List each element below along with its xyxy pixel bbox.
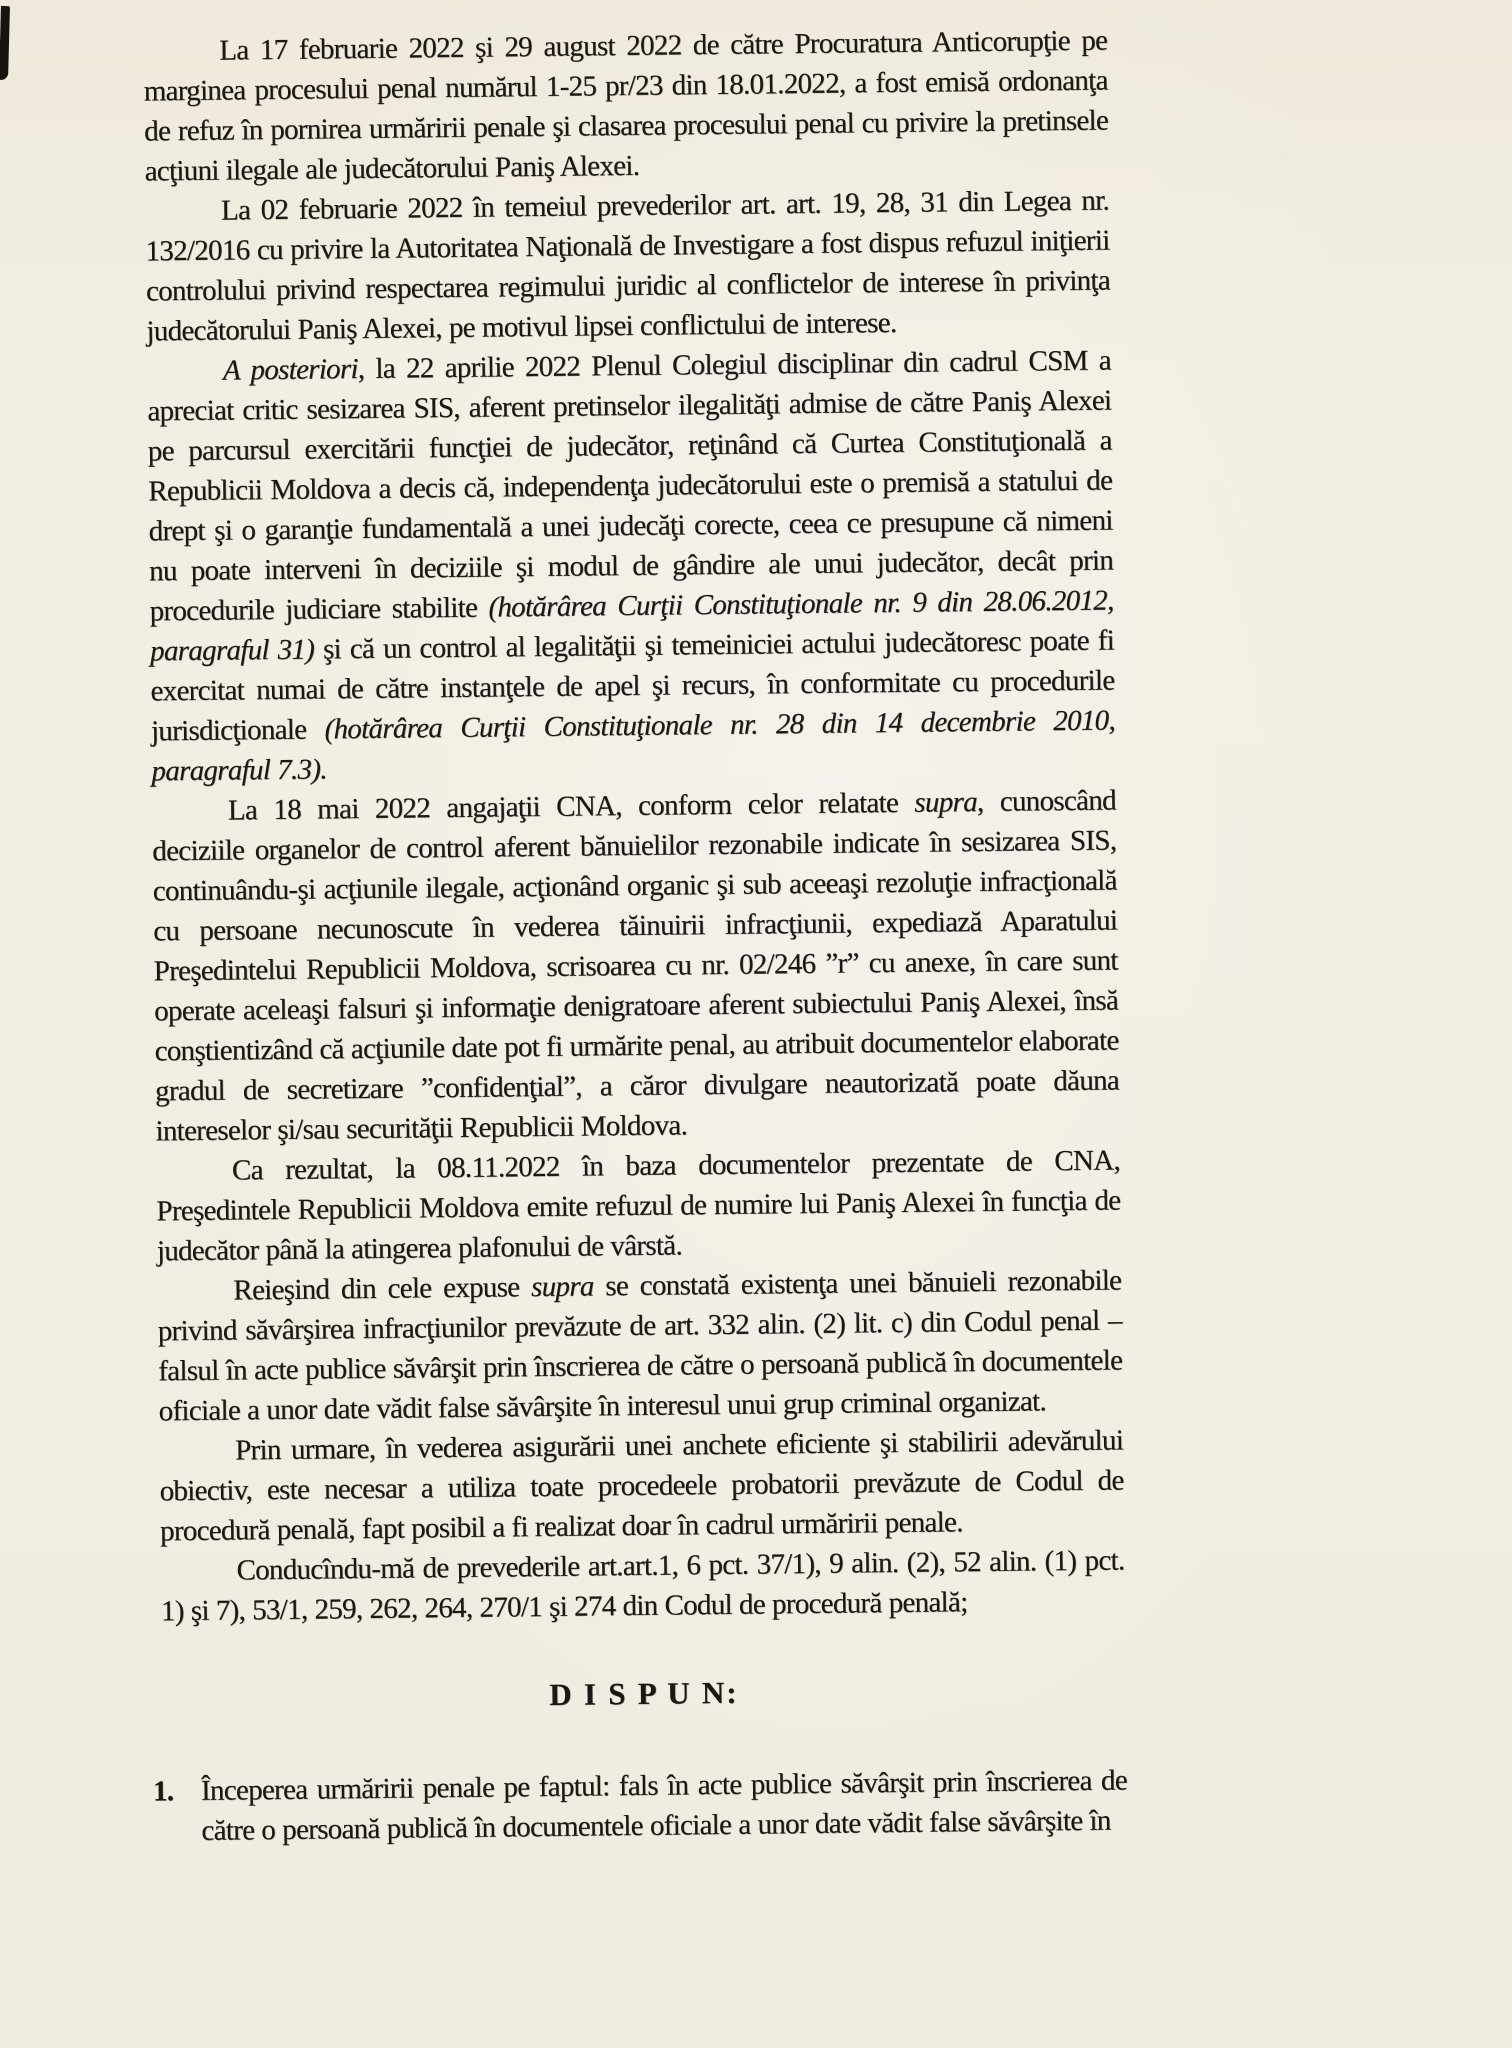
- text-run: Începerea urmăririi penale pe faptul: fa…: [201, 1764, 1127, 1847]
- text-run: supra: [914, 786, 977, 819]
- document-paragraphs: La 17 februarie 2022 şi 29 august 2022 d…: [143, 21, 1125, 1632]
- text-run: supra: [531, 1270, 594, 1303]
- text-run: La 17 februarie 2022 şi 29 august 2022 d…: [144, 25, 1109, 188]
- dispun-heading: D I S P U N:: [162, 1668, 1126, 1719]
- paragraph: Conducîndu-mă de prevederile art.art.1, …: [160, 1540, 1125, 1631]
- list-item: 1.Începerea urmăririi penale pe faptul: …: [147, 1760, 1128, 1851]
- text-run: Reieşind din cele expuse: [233, 1271, 531, 1306]
- paragraph: La 18 mai 2022 angajaţii CNA, conform ce…: [152, 780, 1120, 1151]
- text-run: La 18 mai 2022 angajaţii CNA, conform ce…: [228, 787, 915, 827]
- text-run: , la 22 aprilie 2022 Plenul Colegiul dis…: [147, 345, 1113, 628]
- ordered-list: 1.Începerea urmăririi penale pe faptul: …: [163, 1760, 1128, 1851]
- scanned-document-page: La 17 februarie 2022 şi 29 august 2022 d…: [0, 0, 1512, 2048]
- text-run: Prin urmare, în vederea asigurării unei …: [159, 1424, 1123, 1547]
- document-text: La 17 februarie 2022 şi 29 august 2022 d…: [143, 21, 1128, 1852]
- paragraph: A posteriori, la 22 aprilie 2022 Plenul …: [147, 341, 1116, 792]
- text-run: , cunoscând deciziile organelor de contr…: [152, 784, 1119, 1147]
- list-item-number: 1.: [153, 1771, 174, 1811]
- text-run: Conducîndu-mă de prevederile art.art.1, …: [161, 1544, 1125, 1627]
- paragraph: Reieşind din cele expuse supra se consta…: [157, 1260, 1123, 1431]
- paragraph: La 02 februarie 2022 în temeiul preveder…: [145, 181, 1111, 352]
- text-run: Ca rezultat, la 08.11.2022 în baza docum…: [156, 1144, 1120, 1267]
- paragraph: Prin urmare, în vederea asigurării unei …: [159, 1420, 1124, 1551]
- scan-artifact: [0, 6, 10, 80]
- text-run: La 02 februarie 2022 în temeiul preveder…: [145, 185, 1110, 348]
- text-run: A posteriori: [223, 353, 358, 387]
- paragraph: La 17 februarie 2022 şi 29 august 2022 d…: [143, 21, 1109, 192]
- paragraph: Ca rezultat, la 08.11.2022 în baza docum…: [156, 1140, 1121, 1271]
